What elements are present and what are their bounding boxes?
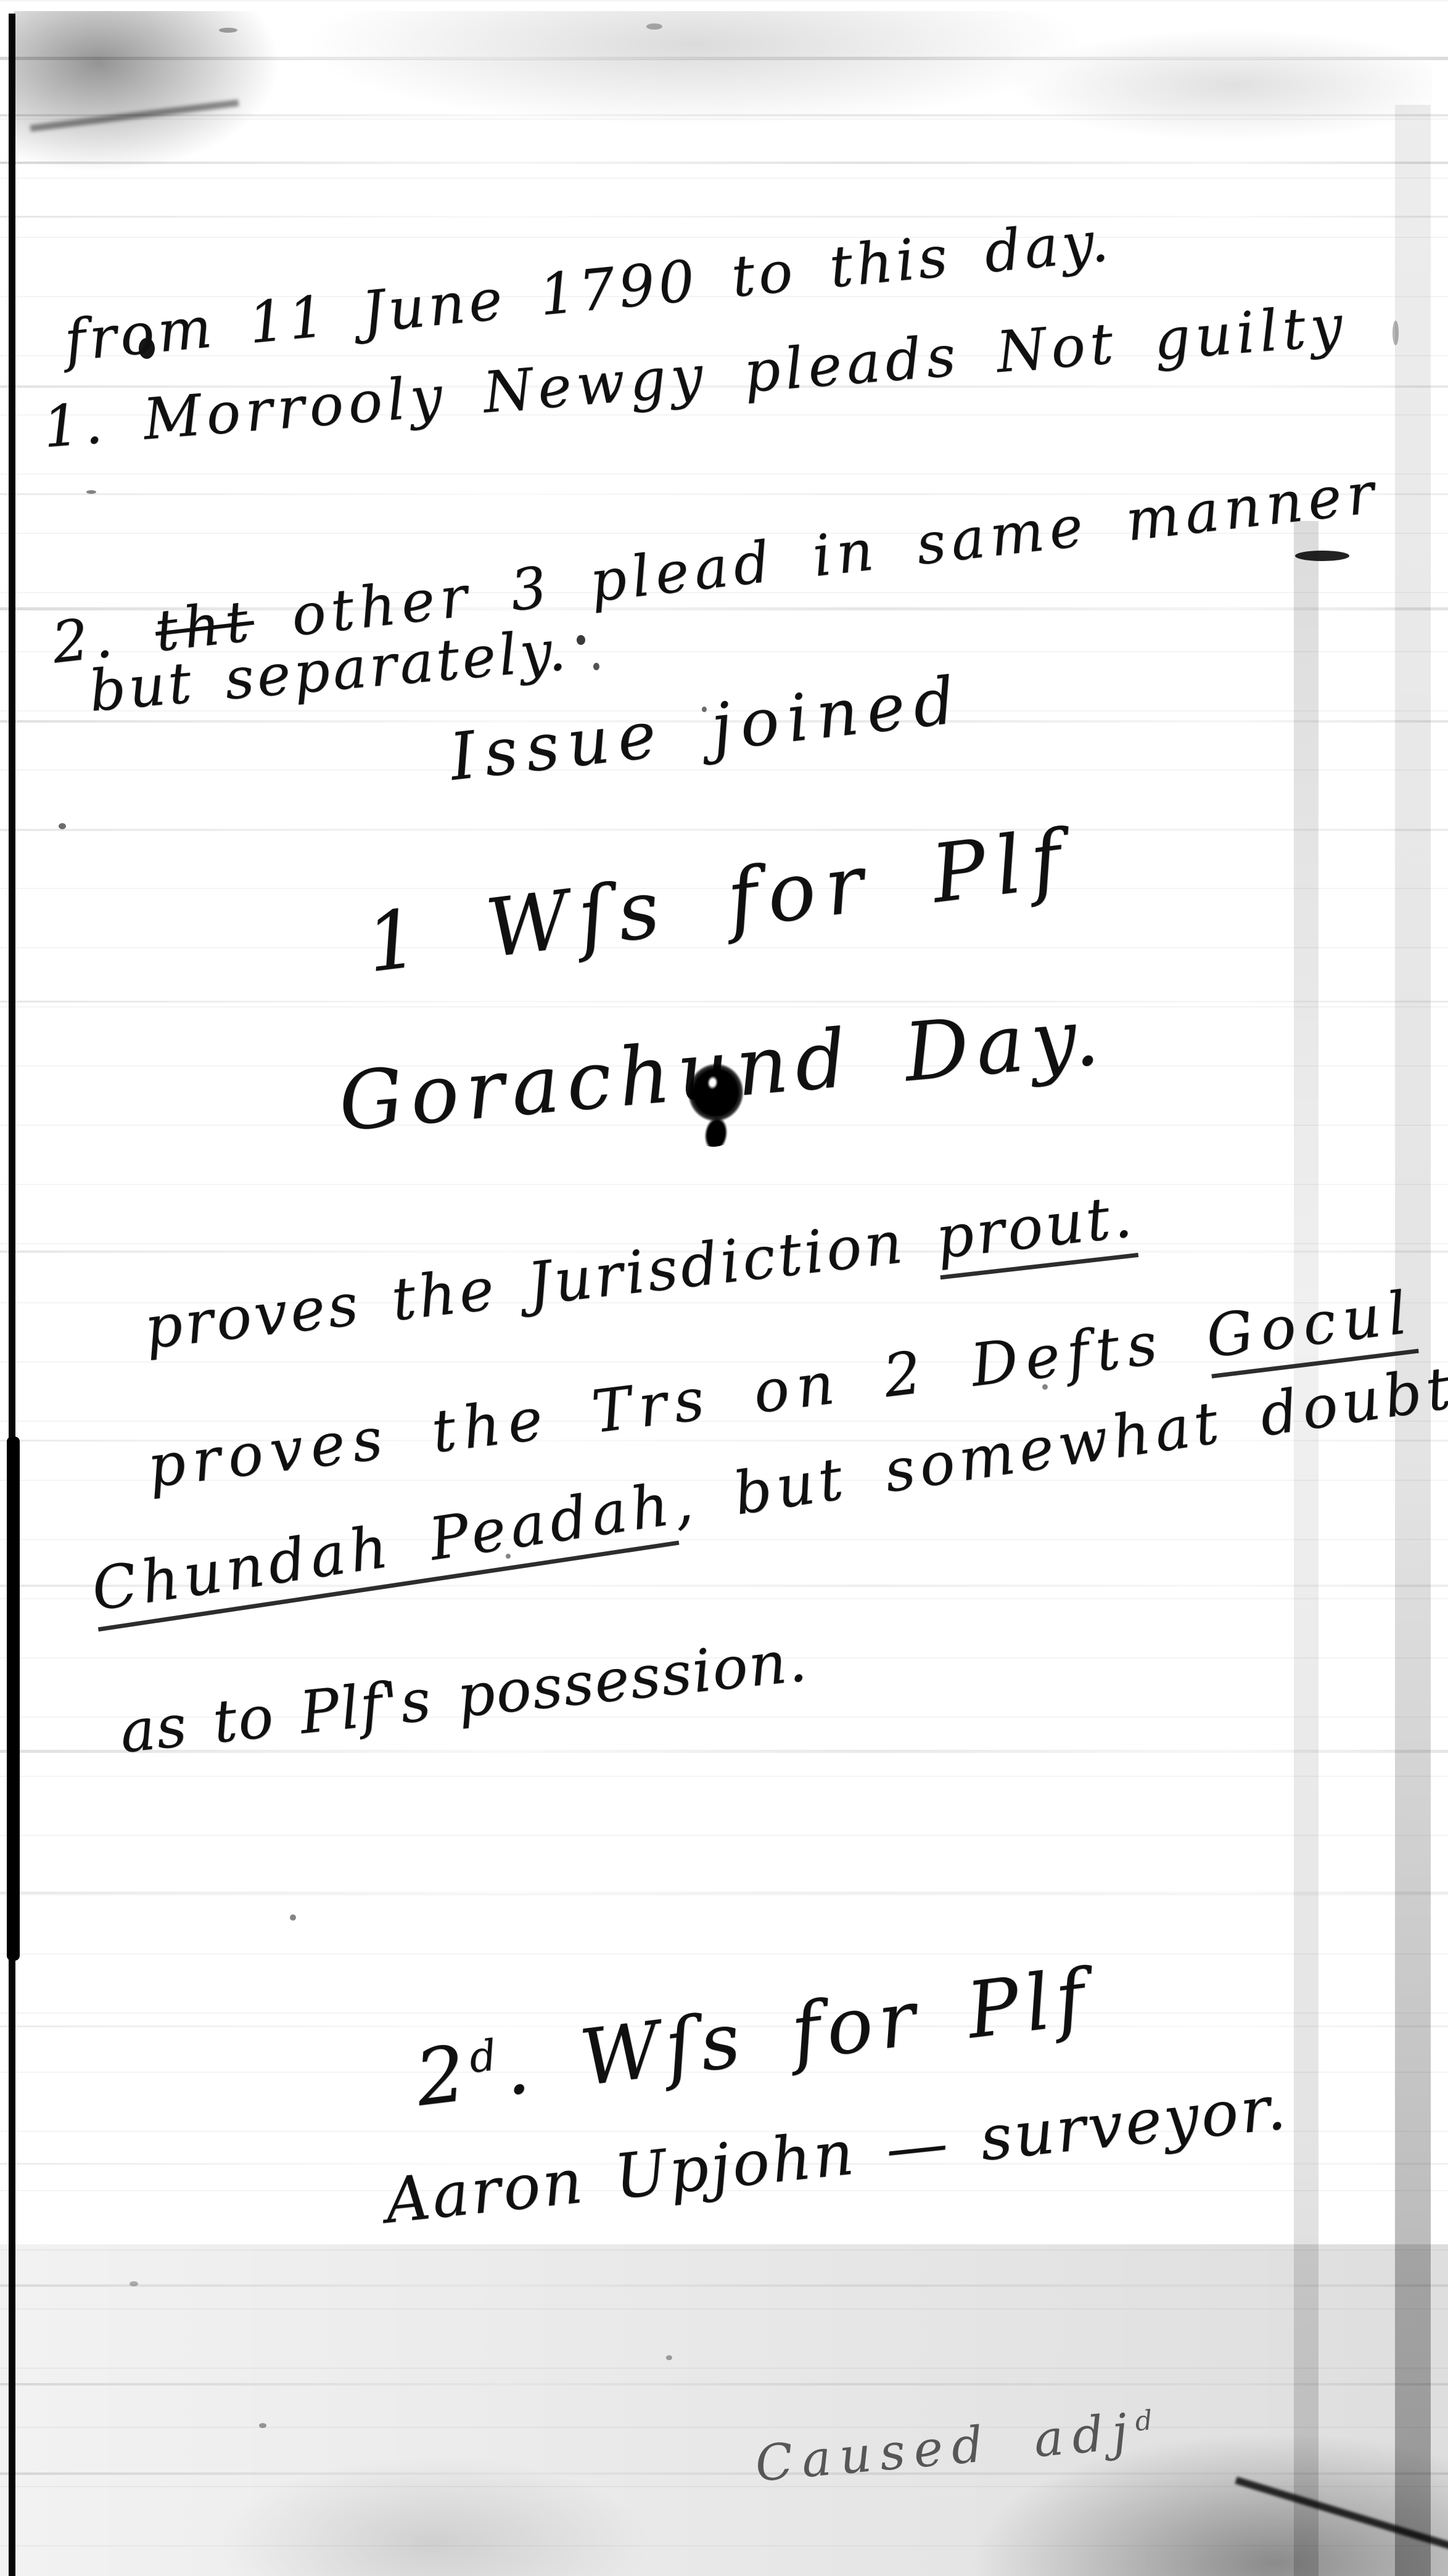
ink-speck <box>59 823 66 829</box>
handwriting-segment: 1 Wſs for Plf <box>361 811 1076 991</box>
scan-line <box>0 216 1448 218</box>
page-left-edge-thick <box>7 1437 20 1961</box>
handwriting-segment: as to Plf's possession. <box>117 1626 810 1766</box>
page-left-edge <box>9 14 15 2576</box>
ink-speck <box>577 635 585 645</box>
ink-speck <box>646 23 662 30</box>
ink-speck <box>666 2355 672 2360</box>
scan-line <box>0 1001 1448 1003</box>
ink-speck <box>593 663 599 670</box>
scan-line <box>0 829 1448 831</box>
ink-speck <box>219 28 237 33</box>
handwriting-segment: d <box>466 2030 505 2083</box>
handwriting-segment: prout. <box>932 1183 1139 1280</box>
ink-speck <box>1295 551 1349 561</box>
handwriting-segment: proves the Jurisdiction <box>141 1205 940 1362</box>
handwriting-segment: . Wſs for Plf <box>499 1952 1096 2113</box>
ink-speck <box>1392 321 1399 345</box>
ink-speck <box>259 2423 266 2428</box>
handwritten-line-witness1-head: 1 Wſs for Plf <box>361 811 1076 991</box>
handwritten-line-note-4: as to Plf's possession. <box>117 1626 810 1766</box>
manuscript-page: from 11 June 1790 to this day. 1. Morroo… <box>0 0 1448 2576</box>
ink-speck <box>130 2281 138 2286</box>
handwriting-segment: d <box>1133 2404 1162 2437</box>
handwritten-line-plea-2: 2. tht other 3 plead in same manner <box>49 459 1383 676</box>
ink-speck <box>86 490 96 494</box>
scan-line <box>0 1892 1448 1894</box>
ink-speck <box>290 1914 296 1921</box>
handwritten-line-witness2-head: 2d. Wſs for Plf <box>411 1952 1095 2123</box>
handwriting-segment: 2 <box>411 2028 477 2124</box>
handwriting-segment: other 3 plead in same manner <box>250 459 1383 653</box>
scan-grain-bottom <box>0 2244 1448 2576</box>
